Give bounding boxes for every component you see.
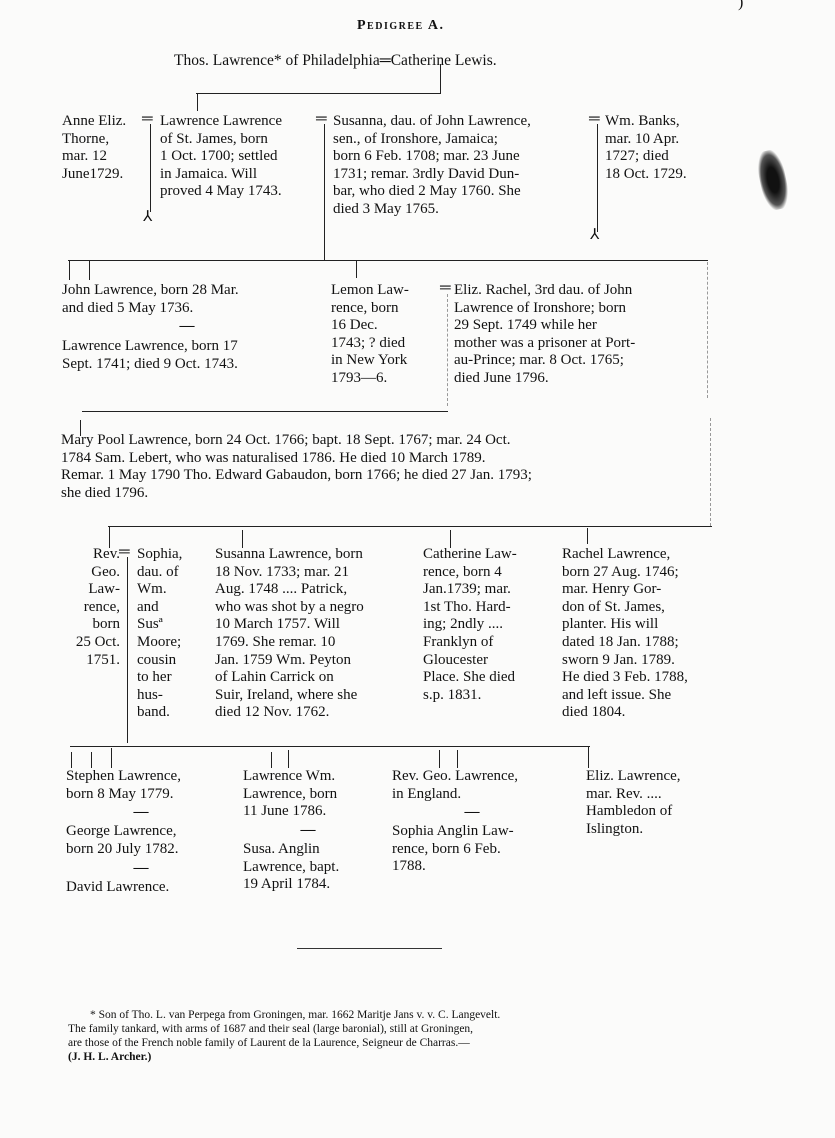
descent-line (111, 748, 112, 768)
person-mary-pool-lawrence: Mary Pool Lawrence, born 24 Oct. 1766; b… (61, 432, 689, 502)
footnote: * Son of Tho. L. van Perpega from Gronin… (68, 1008, 718, 1064)
descent-line (89, 260, 90, 280)
descent-line (288, 750, 289, 768)
separator-dash: — (66, 804, 216, 822)
sibling-bar (68, 260, 708, 261)
descent-line (69, 260, 70, 280)
person-sophia-moore: Sophia, dau. of Wm. and Susª Moore; cous… (137, 546, 203, 722)
descent-line (457, 750, 458, 768)
issue-icon: ⅄ (590, 228, 599, 243)
issue-line (597, 124, 598, 232)
issue-line (324, 124, 325, 260)
bracket-line (710, 418, 711, 526)
descent-line (587, 528, 588, 544)
descent-line (71, 752, 72, 768)
ink-smudge (754, 148, 792, 212)
separator-dash: — (66, 860, 216, 878)
progenitors-line: Thos. Lawrence* of Philadelphia═Catherin… (174, 52, 497, 70)
person-wm-banks: Wm. Banks, mar. 10 Apr. 1727; died 18 Oc… (605, 113, 715, 183)
descent-line (109, 526, 110, 548)
person-susanna: Susanna, dau. of John Lawrence, sen., of… (333, 113, 589, 219)
person-rev-geo-lawrence-jr: Rev. Geo. Lawrence, in England. (392, 768, 567, 803)
issue-line (447, 294, 448, 406)
person-rachel-lawrence: Rachel Lawrence, born 27 Aug. 1746; mar.… (562, 546, 712, 722)
person-lawrence-lawrence-jr: Lawrence Lawrence, born 17 Sept. 1741; d… (62, 338, 312, 373)
person-lemon-lawrence: Lemon Law- rence, born 16 Dec. 1743; ? d… (331, 282, 449, 388)
person-george-lawrence: George Lawrence, born 20 July 1782. (66, 823, 226, 858)
person-anne-thorne: Anne Eliz. Thorne, mar. 12 June1729. (62, 113, 142, 183)
person-lawrence-lawrence: Lawrence Lawrence of St. James, born 1 O… (160, 113, 318, 201)
person-john-lawrence: John Lawrence, born 28 Mar. and died 5 M… (62, 282, 312, 317)
sibling-bar (82, 411, 448, 412)
page-corner-mark: ) (738, 0, 743, 12)
bracket-line (707, 262, 708, 398)
issue-line (127, 557, 128, 743)
descent-line (197, 93, 198, 111)
person-stephen-lawrence: Stephen Lawrence, born 8 May 1779. (66, 768, 226, 803)
person-susa-anglin-lawrence: Susa. Anglin Lawrence, bapt. 19 April 17… (243, 841, 378, 894)
person-rev-geo-lawrence: Rev. Geo. Law- rence, born 25 Oct. 1751. (72, 546, 120, 669)
issue-icon: ⅄ (143, 210, 152, 225)
person-eliz-lawrence: Eliz. Lawrence, mar. Rev. .... Hambledon… (586, 768, 721, 838)
person-susanna-lawrence: Susanna Lawrence, born 18 Nov. 1733; mar… (215, 546, 405, 722)
person-sophia-anglin-lawrence: Sophia Anglin Law- rence, born 6 Feb. 17… (392, 823, 560, 876)
person-catherine-lawrence: Catherine Law- rence, born 4 Jan.1739; m… (423, 546, 545, 704)
page-title: Pedigree A. (357, 18, 445, 34)
person-lawrence-wm-lawrence: Lawrence Wm. Lawrence, born 11 June 1786… (243, 768, 378, 821)
separator-dash: — (243, 822, 373, 840)
descent-line (91, 752, 92, 768)
sibling-bar (70, 746, 590, 747)
separator-dash: — (62, 318, 312, 336)
sibling-bar (196, 93, 441, 94)
descent-line (271, 752, 272, 768)
person-david-lawrence: David Lawrence. (66, 879, 226, 897)
descent-line (588, 747, 589, 768)
descent-line (440, 64, 441, 94)
descent-line (356, 260, 357, 278)
separator-dash: — (392, 804, 552, 822)
marriage-symbol: ═ (440, 280, 451, 297)
descent-line (439, 750, 440, 768)
issue-line (150, 124, 151, 212)
person-eliz-rachel: Eliz. Rachel, 3rd dau. of John Lawrence … (454, 282, 686, 388)
section-rule (297, 948, 442, 949)
sibling-bar (108, 526, 712, 527)
